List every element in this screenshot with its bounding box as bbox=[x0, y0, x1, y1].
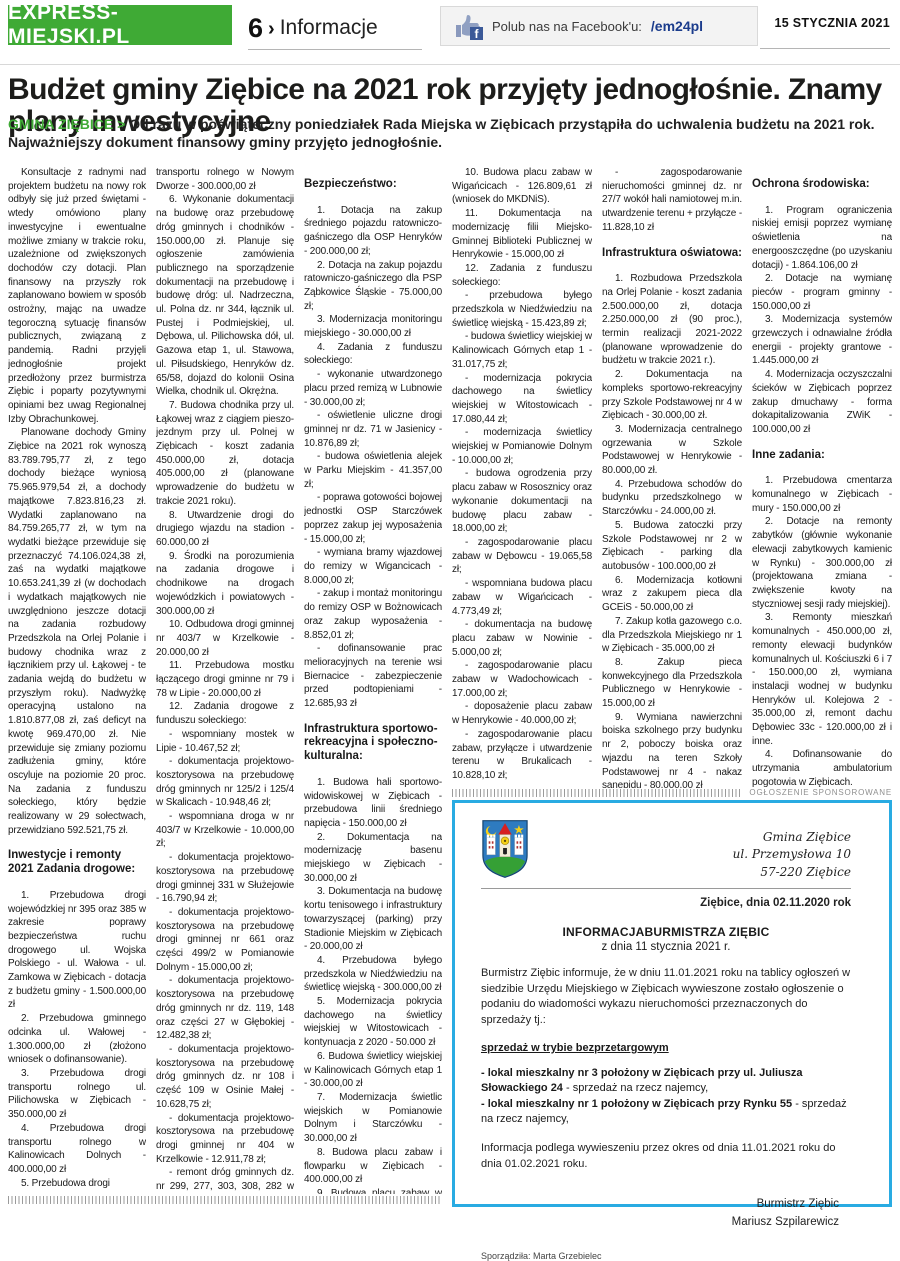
body-paragraph: - przebudowa byłego przedszkola w Niedźw… bbox=[452, 289, 592, 330]
body-paragraph: - wspomniana budowa placu zabaw w Wigańc… bbox=[452, 577, 592, 618]
body-paragraph: 10. Odbudowa drogi gminnej nr 403/7 w Kr… bbox=[156, 618, 294, 659]
article-column-1: Konsultacje z radnymi nad projektem budż… bbox=[8, 166, 146, 1194]
body-paragraph: Planowane dochody Gminy Ziębice na 2021 … bbox=[8, 426, 146, 837]
announcement-validity: Informacja podlega wywieszeniu przez okr… bbox=[481, 1141, 851, 1172]
date-underline bbox=[760, 48, 890, 49]
body-paragraph: 9. Wymiana nawierzchni boiska szkolnego … bbox=[602, 711, 742, 788]
body-paragraph: - zagospodarowanie placu zabaw, przyłącz… bbox=[452, 728, 592, 783]
body-paragraph: - dokumentacja projektowo-kosztorysowa n… bbox=[156, 906, 294, 975]
body-paragraph: 6. Budowa świetlicy wiejskiej w Kalinowi… bbox=[304, 1050, 442, 1091]
body-paragraph: - zagospodarowanie nieruchomości gminnej… bbox=[602, 166, 742, 235]
page-number: 6 bbox=[248, 13, 263, 44]
facebook-banner[interactable]: f Polub nas na Facebook'u: /em24pl bbox=[440, 6, 758, 46]
body-paragraph: 1. Program ograniczenia niskiej emisji p… bbox=[752, 204, 892, 273]
newspaper-page: { "header": { "logo": "EXPRESS-MIEJSKI.P… bbox=[0, 0, 900, 1214]
body-paragraph: - dokumentacja projektowo-kosztorysowa n… bbox=[156, 974, 294, 1043]
body-paragraph: 2. Dotacja na zakup pojazdu ratowniczo-g… bbox=[304, 259, 442, 314]
header-divider bbox=[0, 64, 900, 65]
body-paragraph: 12. Zadania drogowe z funduszu sołeckieg… bbox=[156, 700, 294, 727]
body-paragraph: transportu rolnego w Nowym Dworze - 300.… bbox=[156, 166, 294, 193]
body-paragraph: - dokumentacja projektowo-kosztorysowa n… bbox=[156, 1112, 294, 1167]
body-paragraph: - doposażenie placu zabaw w Henrykowie -… bbox=[452, 700, 592, 727]
announcement-dateline: Ziębice, dnia 02.11.2020 rok bbox=[481, 897, 851, 909]
body-paragraph: 11. Przebudowa mostku łączącego drogi gm… bbox=[156, 659, 294, 700]
body-paragraph: - dofinansowanie prac melioracyjnych na … bbox=[304, 642, 442, 711]
sender-city: 57-220 Ziębice bbox=[733, 864, 851, 881]
body-paragraph: 11. Dokumentacja na modernizację filii M… bbox=[452, 207, 592, 262]
sale-mode-subhead: sprzedaż w trybie bezprzetargowym bbox=[481, 1042, 851, 1054]
body-paragraph: - oświetlenie uliczne drogi gminnej nr d… bbox=[304, 409, 442, 450]
article-column-2: transportu rolnego w Nowym Dworze - 300.… bbox=[156, 166, 294, 1194]
body-paragraph: - dokumentacja na budowę placu zabaw w N… bbox=[452, 618, 592, 659]
body-paragraph: 6. Modernizacja kotłowni wraz z zakupem … bbox=[602, 574, 742, 615]
body-paragraph: 12. Zadania z funduszu sołeckiego: bbox=[452, 262, 592, 289]
body-paragraph: 3. Remonty mieszkań komunalnych - 450.00… bbox=[752, 611, 892, 748]
body-paragraph: - budowa ogrodzenia przy placu zabaw w R… bbox=[452, 467, 592, 536]
body-paragraph: 4. Przebudowa drogi transportu rolnego w… bbox=[8, 1122, 146, 1177]
body-paragraph: - zagospodarowanie placu zabaw w Wadocho… bbox=[452, 659, 592, 700]
signature-role: Burmistrz Ziębic bbox=[481, 1196, 839, 1213]
section-header: 6 › Informacje bbox=[248, 8, 378, 48]
article-column-5: - zagospodarowanie nieruchomości gminnej… bbox=[602, 166, 742, 788]
body-paragraph: 4. Modernizacja oczyszczalni ścieków w Z… bbox=[752, 368, 892, 437]
announcement-signature: Burmistrz Ziębic Mariusz Szpilarewicz bbox=[481, 1196, 851, 1214]
sponsored-separator: OGŁOSZENIE SPONSOROWANE bbox=[452, 788, 892, 797]
body-paragraph: - wspomniany mostek w Lipie - 10.467,52 … bbox=[156, 728, 294, 755]
body-paragraph: 1. Budowa hali sportowo-widowiskowej w Z… bbox=[304, 776, 442, 831]
article-column-3: Bezpieczeństwo:1. Dotacja na zakup średn… bbox=[304, 166, 442, 1194]
body-paragraph: 4. Przebudowa schodów do budynku przedsz… bbox=[602, 478, 742, 519]
sale-item: - lokal mieszkalny nr 3 położony w Ziębi… bbox=[481, 1066, 851, 1097]
letterhead-rule bbox=[481, 888, 851, 889]
body-paragraph: - zagospodarowanie placu zabaw w Dębowcu… bbox=[452, 536, 592, 577]
body-paragraph: 9. Budowa placu zabaw w Lubnowie - 159.5… bbox=[304, 1187, 442, 1194]
article-column-4: 10. Budowa placu zabaw w Wigańcicach - 1… bbox=[452, 166, 592, 788]
body-paragraph: 1. Dotacja na zakup średniego pojazdu ra… bbox=[304, 204, 442, 259]
body-paragraph: 8. Budowa placu zabaw i flowparku w Zięb… bbox=[304, 1146, 442, 1187]
location-tag: GMINA ZIĘBICE > bbox=[8, 116, 125, 132]
body-paragraph: - poprawa gotowości bojowej jednostki OS… bbox=[304, 491, 442, 546]
body-paragraph: 9. Środki na porozumienia na zadania dro… bbox=[156, 550, 294, 619]
announcement-subtitle: z dnia 11 stycznia 2021 r. bbox=[481, 941, 851, 953]
sale-items-list: - lokal mieszkalny nr 3 położony w Ziębi… bbox=[481, 1066, 851, 1128]
article-lede: GMINA ZIĘBICE > Od razu w poświąteczny p… bbox=[8, 115, 892, 152]
section-title: Informacje bbox=[280, 16, 378, 40]
sale-item-property: - lokal mieszkalny nr 1 położony w Ziębi… bbox=[481, 1098, 792, 1110]
body-paragraph: - zakup i montaż monitoringu do remizy O… bbox=[304, 587, 442, 642]
section-underline bbox=[248, 49, 422, 50]
section-heading: Bezpieczeństwo: bbox=[304, 178, 442, 192]
issue-date: 15 STYCZNIA 2021 bbox=[775, 16, 891, 30]
sponsored-label: OGŁOSZENIE SPONSOROWANE bbox=[749, 788, 892, 797]
body-paragraph: - wymiana bramy wjazdowej do remizy w Wi… bbox=[304, 546, 442, 587]
bottom-hatch-rule bbox=[8, 1196, 442, 1204]
body-paragraph: 4. Dofinansowanie do utrzymania ambulato… bbox=[752, 748, 892, 788]
section-heading: Ochrona środowiska: bbox=[752, 178, 892, 192]
body-paragraph: 8. Zakup pieca konwekcyjnego dla Przedsz… bbox=[602, 656, 742, 711]
body-paragraph: - wykonanie utwardzonego placu przed rem… bbox=[304, 368, 442, 409]
announcement-body: Burmistrz Ziębic informuje, że w dniu 11… bbox=[481, 966, 851, 1028]
body-paragraph: Konsultacje z radnymi nad projektem budż… bbox=[8, 166, 146, 426]
body-paragraph: 3. Dokumentacja na budowę kortu tenisowe… bbox=[304, 885, 442, 954]
sender-street: ul. Przemysłowa 10 bbox=[733, 846, 851, 863]
body-paragraph: 1. Przebudowa cmentarza komunalnego w Zi… bbox=[752, 474, 892, 515]
body-paragraph: - dokumentacja projektowo-kosztorysowa n… bbox=[156, 851, 294, 906]
body-paragraph: 3. Modernizacja systemów grzewczych i od… bbox=[752, 313, 892, 368]
section-heading: Infrastruktura oświatowa: bbox=[602, 247, 742, 261]
lede-text: Od razu w poświąteczny poniedziałek Rada… bbox=[8, 116, 875, 150]
body-paragraph: 1. Rozbudowa Przedszkola na Orlej Polani… bbox=[602, 272, 742, 368]
body-paragraph: - modernizacja pokrycia dachowego na świ… bbox=[452, 372, 592, 427]
announcement-letterhead: Gmina Ziębice ul. Przemysłowa 10 57-220 … bbox=[481, 819, 851, 881]
article-column-6: Ochrona środowiska:1. Program ograniczen… bbox=[752, 166, 892, 788]
chevron-right-icon: › bbox=[268, 18, 275, 41]
body-paragraph: 3. Modernizacja monitoringu miejskiego -… bbox=[304, 313, 442, 340]
newspaper-logo: EXPRESS-MIEJSKI.PL bbox=[8, 5, 232, 45]
sponsored-announcement: Gmina Ziębice ul. Przemysłowa 10 57-220 … bbox=[452, 800, 892, 1207]
section-heading: Inwestycje i remonty 2021 Zadania drogow… bbox=[8, 849, 146, 876]
body-paragraph: - dokumentacja projektowo-kosztorysowa n… bbox=[156, 1043, 294, 1112]
body-paragraph: 4. Zadania z funduszu sołeckiego: bbox=[304, 341, 442, 368]
facebook-like-icon: f bbox=[453, 12, 483, 40]
body-paragraph: 1. Przebudowa drogi wojewódzkiej nr 395 … bbox=[8, 889, 146, 1012]
body-paragraph: 2. Przebudowa gminnego odcinka ul. Wałow… bbox=[8, 1012, 146, 1067]
body-paragraph: 8. Utwardzenie drogi do drugiego wjazdu … bbox=[156, 509, 294, 550]
body-paragraph: - budowa oświetlenia alejek w Parku Miej… bbox=[304, 450, 442, 491]
body-paragraph: 2. Dotacje na wymianę pieców - program g… bbox=[752, 272, 892, 313]
article-columns-right: 10. Budowa placu zabaw w Wigańcicach - 1… bbox=[452, 166, 892, 788]
body-paragraph: - dokumentacja projektowo-kosztorysowa n… bbox=[156, 755, 294, 810]
body-paragraph: 10. Budowa placu zabaw w Wigańcicach - 1… bbox=[452, 166, 592, 207]
body-paragraph: - budowa świetlicy wiejskiej w Kalinowic… bbox=[452, 330, 592, 371]
body-paragraph: 7. Zakup kotła gazowego c.o. dla Przedsz… bbox=[602, 615, 742, 656]
article-columns-left: Konsultacje z radnymi nad projektem budż… bbox=[8, 166, 442, 1194]
sale-item: - lokal mieszkalny nr 1 położony w Ziębi… bbox=[481, 1097, 851, 1128]
facebook-handle-link[interactable]: /em24pl bbox=[651, 18, 703, 34]
body-paragraph: 3. Przebudowa drogi transportu rolnego u… bbox=[8, 1067, 146, 1122]
body-paragraph: 3. Modernizacja centralnego ogrzewania w… bbox=[602, 423, 742, 478]
body-paragraph: 2. Dokumentacja na modernizację basenu m… bbox=[304, 831, 442, 886]
body-paragraph: 6. Wykonanie dokumentacji na budowę oraz… bbox=[156, 193, 294, 399]
sale-item-note: - sprzedaż na rzecz najemcy, bbox=[563, 1082, 708, 1094]
body-paragraph: 2. Dotacje na remonty zabytków (głównie … bbox=[752, 515, 892, 611]
body-paragraph: 7. Budowa chodnika przy ul. Łąkowej wraz… bbox=[156, 399, 294, 509]
body-paragraph: 5. Budowa zatoczki przy Szkole Podstawow… bbox=[602, 519, 742, 574]
hatch-rule bbox=[452, 789, 741, 797]
body-paragraph: 2. Dokumentacja na kompleks sportowo-rek… bbox=[602, 368, 742, 423]
facebook-banner-text: Polub nas na Facebook'u: bbox=[492, 19, 642, 34]
body-paragraph: 5. Przebudowa drogi bbox=[8, 1177, 146, 1191]
ziebice-coat-of-arms-icon bbox=[481, 819, 529, 879]
logo-text: EXPRESS-MIEJSKI.PL bbox=[8, 1, 232, 49]
body-paragraph: 5. Modernizacja pokrycia dachowego na św… bbox=[304, 995, 442, 1050]
body-paragraph: 4. Przebudowa byłego przedszkola w Niedź… bbox=[304, 954, 442, 995]
sender-name: Gmina Ziębice bbox=[733, 829, 851, 846]
body-paragraph: - modernizacja świetlicy wiejskiej w Pom… bbox=[452, 426, 592, 467]
section-heading: Infrastruktura sportowo-rekreacyjna i sp… bbox=[304, 723, 442, 764]
body-paragraph: 7. Modernizacja świetlic wiejskich w Pom… bbox=[304, 1091, 442, 1146]
announcement-title: INFORMACJABURMISTRZA ZIĘBIC bbox=[481, 925, 851, 939]
body-paragraph: - wspomniana droga w nr 403/7 w Krzelkow… bbox=[156, 810, 294, 851]
sender-address: Gmina Ziębice ul. Przemysłowa 10 57-220 … bbox=[733, 829, 851, 881]
body-paragraph: - remont dróg gminnych dz. nr 299, 277, … bbox=[156, 1166, 294, 1194]
section-heading: Inne zadania: bbox=[752, 449, 892, 463]
